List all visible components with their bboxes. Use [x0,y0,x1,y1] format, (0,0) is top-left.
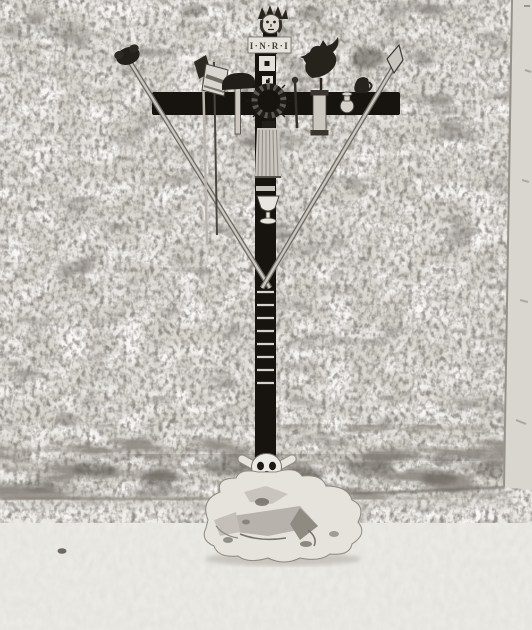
tassel-knot [262,121,275,128]
inri-plaque: I·N·R·I [248,37,291,53]
inri-text: I·N·R·I [250,41,290,51]
dark-stone [180,4,206,16]
base-stone [476,462,504,478]
photograph: I·N·R·I [0,0,532,630]
mound-crevice [329,531,339,537]
die-pip [265,61,270,66]
shaft-collar [256,186,275,191]
scourge-knob [292,77,298,83]
skull-eye [269,462,276,470]
base-stone [73,462,117,478]
photo-canvas: I·N·R·I [0,0,532,630]
base-stone [422,471,458,485]
ewer [340,92,354,113]
mound-crevice [300,541,312,547]
mound-crevice [255,498,269,506]
base-stone [346,460,394,476]
dark-stone [415,56,435,68]
dark-stone [351,47,385,69]
hammer-handle [235,84,241,134]
column-base [311,130,329,136]
ewer-rim [342,92,352,96]
finial-eye [266,21,269,24]
base-stone [24,480,56,492]
column-shaft [313,95,326,131]
dark-stone [40,21,80,39]
mound-crevice [242,520,250,525]
tassel [255,121,281,177]
skull-eye [257,462,264,470]
column [311,90,329,136]
finial-eye [273,21,276,24]
pebble [58,548,67,554]
dark-stone [296,7,324,21]
chalice-foot [260,218,276,224]
base-stone [142,471,178,485]
mound-crevice [223,537,233,543]
column-capital [311,90,329,96]
